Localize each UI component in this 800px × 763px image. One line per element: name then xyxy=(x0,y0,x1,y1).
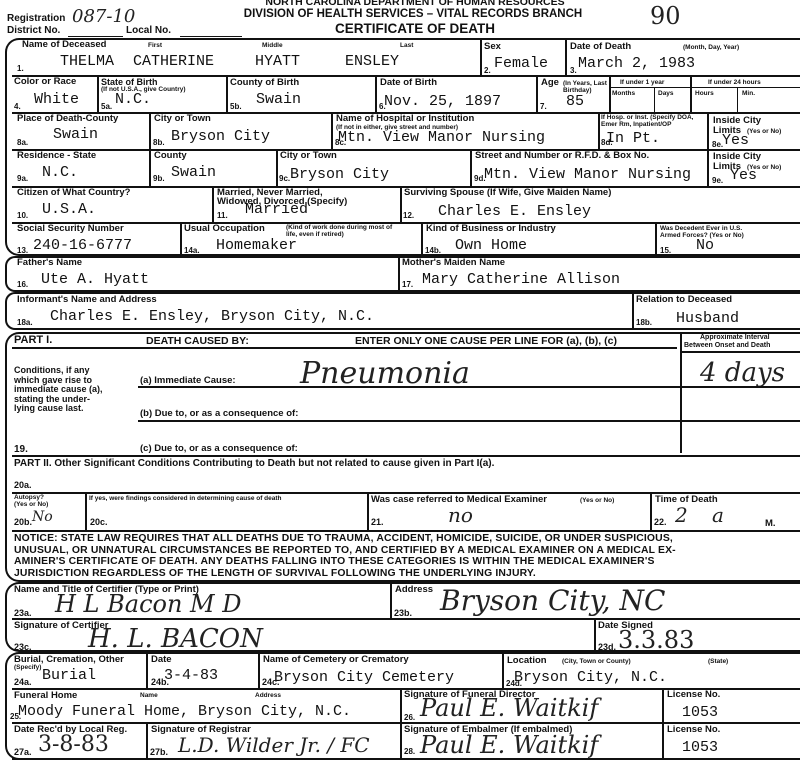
middle-label: Middle xyxy=(262,42,283,49)
corner-mark: 90 xyxy=(650,2,681,30)
race-label: Color or Race xyxy=(14,77,76,87)
disposition-date-value: 3-4-83 xyxy=(164,668,218,684)
field-number: 1. xyxy=(17,64,24,73)
hours-label: Hours xyxy=(695,90,714,97)
interval-label: Approximate Interval xyxy=(700,334,770,341)
field-number: 13. xyxy=(17,246,28,255)
embalmer-license: 1053 xyxy=(682,740,718,756)
time-of-death-ampm: a xyxy=(712,503,724,527)
business-value: Own Home xyxy=(455,238,527,254)
father-name-label: Father's Name xyxy=(17,258,82,268)
field-number: 14a. xyxy=(184,246,200,255)
death-county-value: Swain xyxy=(53,127,98,143)
street-address-label: Street and Number or R.F.D. & Box No. xyxy=(475,151,649,161)
autopsy-label: Autopsy? xyxy=(14,494,44,501)
decedent-maiden-name: HYATT xyxy=(255,54,300,70)
certificate-title: CERTIFICATE OF DEATH xyxy=(300,21,530,36)
field-number: 23a. xyxy=(14,608,32,618)
under-1-year-label: If under 1 year xyxy=(620,79,664,86)
death-city-label: City or Town xyxy=(154,114,211,124)
field-number: 14b. xyxy=(425,246,441,255)
license-label: License No. xyxy=(667,725,720,735)
field-number: 27a. xyxy=(14,747,32,757)
field-number: 3. xyxy=(570,66,577,75)
funeral-director-signature: Paul E. Waitkif xyxy=(420,694,598,722)
certifier-name-value: H L Bacon M D xyxy=(55,590,242,618)
father-name-value: Ute A. Hyatt xyxy=(41,272,149,288)
part-1-title: PART I. xyxy=(14,335,52,345)
decedent-last-name: ENSLEY xyxy=(345,54,399,70)
field-number: 4. xyxy=(14,102,21,111)
district-value: 087-10 xyxy=(72,6,135,27)
cause-instruction: ENTER ONLY ONE CAUSE PER LINE FOR (a), (… xyxy=(355,336,617,346)
residence-inside-limits-value: Yes xyxy=(730,168,757,184)
mother-maiden-name-value: Mary Catherine Allison xyxy=(422,272,620,288)
date-of-birth-value: Nov. 25, 1897 xyxy=(384,94,501,110)
residence-state-label: Residence - State xyxy=(17,151,96,161)
location-hint: (City, Town or County) xyxy=(562,658,631,665)
death-city-value: Bryson City xyxy=(171,129,270,145)
field-number: 11. xyxy=(217,211,228,220)
informant-value: Charles E. Ensley, Bryson City, N.C. xyxy=(50,309,374,325)
relation-value: Husband xyxy=(676,311,739,327)
field-number: 20b. xyxy=(14,517,32,527)
disposition-method-value: Burial xyxy=(42,668,96,684)
field-number: 20a. xyxy=(14,480,32,490)
state-hint: (State) xyxy=(708,658,728,665)
last-label: Last xyxy=(400,42,413,49)
field-number: 22. xyxy=(654,517,667,527)
cemetery-label: Name of Cemetery or Crematory xyxy=(263,655,409,665)
date-signed-value: 3.3.83 xyxy=(618,626,694,654)
date-of-death-hint: (Month, Day, Year) xyxy=(683,44,739,51)
burial-location-value: Bryson City, N.C. xyxy=(514,670,667,686)
sex-label: Sex xyxy=(484,42,501,52)
interval-label: Between Onset and Death xyxy=(684,342,770,349)
citizenship-label: Citizen of What Country? xyxy=(17,188,130,198)
burial-location-label: Location xyxy=(507,656,547,666)
field-number: 24a. xyxy=(14,677,32,687)
relation-label: Relation to Deceased xyxy=(636,295,732,305)
minutes-label: Min. xyxy=(742,90,755,97)
death-caused-by-label: DEATH CAUSED BY: xyxy=(146,336,249,346)
days-label: Days xyxy=(658,90,674,97)
date-of-death-label: Date of Death xyxy=(570,42,631,52)
conditions-instructions: Conditions, if any which gave rise to im… xyxy=(14,366,103,414)
field-number: 9c. xyxy=(279,174,290,183)
field-number: 18a. xyxy=(17,318,33,327)
immediate-cause-label: (a) Immediate Cause: xyxy=(140,376,236,386)
field-number: 20c. xyxy=(90,517,108,527)
inside-city-limits-value: Yes xyxy=(722,133,749,149)
local-label: Local No. xyxy=(126,26,171,36)
cause-b-label: (b) Due to, or as a consequence of: xyxy=(140,409,298,419)
business-label: Kind of Business or Industry xyxy=(426,224,556,234)
death-county-label: Place of Death-County xyxy=(17,114,118,124)
age-value: 85 xyxy=(566,94,584,110)
field-number: 5a. xyxy=(101,102,112,111)
field-number: 9b. xyxy=(153,174,165,183)
occupation-hint: (Kind of work done during most of life, … xyxy=(286,224,398,238)
registrar-signature: L.D. Wilder Jr. / FC xyxy=(178,733,370,757)
decedent-middle-name: CATHERINE xyxy=(133,54,214,70)
months-label: Months xyxy=(612,90,635,97)
cemetery-value: Bryson City Cemetery xyxy=(274,670,454,686)
cause-c-label: (c) Due to, or as a consequence of: xyxy=(140,444,298,454)
field-number: 12. xyxy=(403,211,414,220)
field-number: 18b. xyxy=(636,318,652,327)
specify-hint: (Specify) xyxy=(14,664,41,671)
mother-maiden-name-label: Mother's Maiden Name xyxy=(402,258,505,268)
disposition-date-label: Date xyxy=(151,655,172,665)
field-number: 23b. xyxy=(394,608,412,618)
inpatient-status-value: In Pt. xyxy=(606,131,660,147)
date-of-birth-label: Date of Birth xyxy=(380,78,437,88)
yes-no-hint: (Yes or No) xyxy=(14,501,48,508)
autopsy-value: No xyxy=(32,509,53,525)
medical-examiner-notice: NOTICE: STATE LAW REQUIRES THAT ALL DEAT… xyxy=(14,533,676,579)
armed-forces-label: Was Decedent Ever in U.S. xyxy=(660,225,742,232)
armed-forces-value: No xyxy=(696,238,714,254)
part-2-title: PART II. Other Significant Conditions Co… xyxy=(14,459,494,469)
street-address-value: Mtn. View Manor Nursing xyxy=(484,167,691,183)
field-number: 23c. xyxy=(14,642,32,652)
surviving-spouse-label: Surviving Spouse (If Wife, Give Maiden N… xyxy=(404,188,611,198)
field-number: 8a. xyxy=(17,138,28,147)
date-received-value: 3-8-83 xyxy=(38,732,109,757)
inpatient-status-label: If Hosp. or Inst. (Specify DOA, Emer Rm,… xyxy=(601,114,709,128)
residence-city-value: Bryson City xyxy=(290,167,389,183)
address-hint: Address xyxy=(255,692,281,699)
surviving-spouse-value: Charles E. Ensley xyxy=(438,204,591,220)
field-number: 10. xyxy=(17,211,28,220)
informant-label: Informant's Name and Address xyxy=(17,295,157,305)
time-of-death-hour: 2 xyxy=(675,503,688,527)
field-number: 26. xyxy=(404,713,415,722)
hospital-label: Name of Hospital or Institution xyxy=(336,114,474,124)
field-number: 21. xyxy=(371,517,384,527)
race-value: White xyxy=(34,92,79,108)
yes-no-hint: (Yes or No) xyxy=(580,497,614,504)
under-24-hours-label: If under 24 hours xyxy=(708,79,761,86)
state-of-birth-value: N.C. xyxy=(115,92,151,108)
field-number: 8b. xyxy=(153,138,165,147)
date-of-death-value: March 2, 1983 xyxy=(578,56,695,72)
certifier-address-value: Bryson City, NC xyxy=(440,584,665,617)
county-of-birth-value: Swain xyxy=(256,92,301,108)
certifier-signature: H. L. BACON xyxy=(88,624,263,654)
marital-status-value: Married xyxy=(245,202,308,218)
division-header: DIVISION OF HEALTH SERVICES – VITAL RECO… xyxy=(218,8,608,20)
embalmer-signature: Paul E. Waitkif xyxy=(420,731,598,759)
field-number: 23d. xyxy=(598,642,616,652)
funeral-home-value: Moody Funeral Home, Bryson City, N.C. xyxy=(18,704,351,720)
field-number: 2. xyxy=(484,66,491,75)
decedent-first-name: THELMA xyxy=(60,54,114,70)
name-label: Name of Deceased xyxy=(22,40,106,50)
department-header: NORTH CAROLINA DEPARTMENT OF HUMAN RESOU… xyxy=(265,0,565,8)
autopsy-findings-label: If yes, were findings considered in dete… xyxy=(89,495,282,502)
occupation-label: Usual Occupation xyxy=(184,224,265,234)
medical-examiner-value: no xyxy=(448,503,473,527)
residence-state-value: N.C. xyxy=(42,165,78,181)
field-number: 7. xyxy=(540,102,547,111)
certifier-address-label: Address xyxy=(395,585,433,595)
district-label: District No. xyxy=(7,26,60,36)
field-number: 17. xyxy=(402,280,413,289)
sex-value: Female xyxy=(494,56,548,72)
field-number: 9a. xyxy=(17,174,28,183)
field-number: 19. xyxy=(14,444,28,455)
license-label: License No. xyxy=(667,690,720,700)
residence-city-label: City or Town xyxy=(280,151,337,161)
field-number: 9e. xyxy=(712,176,723,185)
field-number: 15. xyxy=(660,246,671,255)
first-label: First xyxy=(148,42,162,49)
funeral-home-label: Funeral Home xyxy=(14,691,77,701)
field-number: 27b. xyxy=(150,747,168,757)
name-hint: Name xyxy=(140,692,158,699)
time-meridiem-label: M. xyxy=(765,519,776,529)
registration-label: Registration xyxy=(7,14,65,24)
county-of-birth-label: County of Birth xyxy=(230,78,299,88)
field-number: 28. xyxy=(404,747,415,756)
yes-no-hint: (Yes or No) xyxy=(747,128,781,135)
residence-county-label: County xyxy=(154,151,187,161)
immediate-cause-interval: 4 days xyxy=(700,358,785,388)
field-number: 5b. xyxy=(230,102,242,111)
occupation-value: Homemaker xyxy=(216,238,297,254)
ssn-value: 240-16-6777 xyxy=(33,238,132,254)
field-number: 16. xyxy=(17,280,28,289)
ssn-label: Social Security Number xyxy=(17,224,124,234)
residence-county-value: Swain xyxy=(171,165,216,181)
hospital-value: Mtn. View Manor Nursing xyxy=(338,130,545,146)
funeral-director-license: 1053 xyxy=(682,705,718,721)
citizenship-value: U.S.A. xyxy=(42,202,96,218)
age-label: Age xyxy=(541,78,559,88)
age-hint: (In Years, Last Birthday) xyxy=(563,80,608,94)
